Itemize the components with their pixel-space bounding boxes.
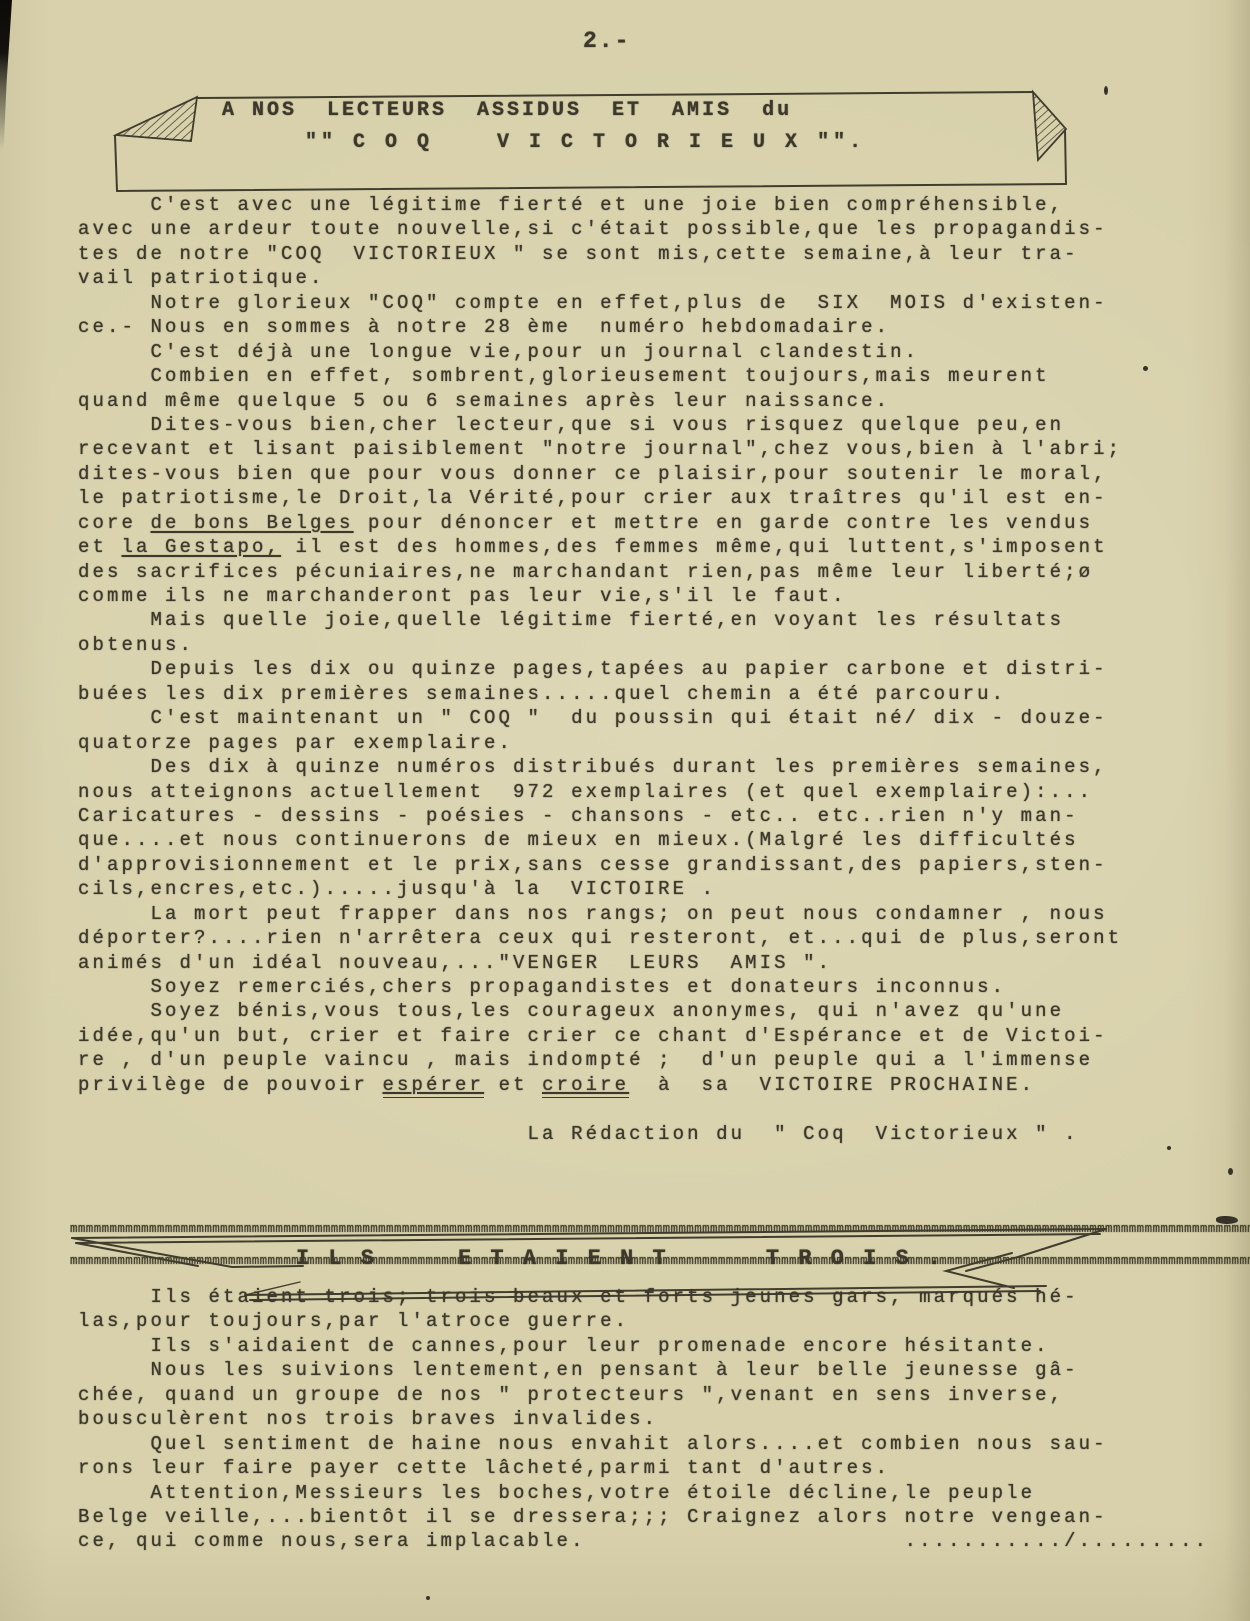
text-line: d'approvisionnement et le prix,sans cess… [78, 854, 1122, 878]
text-line: Ils s'aidaient de cannes,pour leur prome… [78, 1335, 1209, 1359]
text-line: La mort peut frapper dans nos rangs; on … [78, 903, 1122, 927]
text-line: quatorze pages par exemplaire. [78, 732, 1122, 756]
text-line: buées les dix premières semaines.....que… [78, 683, 1122, 707]
text-line: C'est déjà une longue vie,pour un journa… [78, 341, 1122, 365]
text-line: La Rédaction du " Coq Victorieux " . [78, 1123, 1122, 1147]
scan-edge-artifact [0, 0, 12, 150]
text-line: rons leur faire payer cette lâcheté,parm… [78, 1457, 1209, 1481]
text-line: et la Gestapo, il est des hommes,des fem… [78, 536, 1122, 560]
text-line: Des dix à quinze numéros distribués dura… [78, 756, 1122, 780]
text-line: des sacrifices pécuniaires,ne marchandan… [78, 561, 1122, 585]
text-line: core de bons Belges pour dénoncer et met… [78, 512, 1122, 536]
text-line: Soyez remerciés,chers propagandistes et … [78, 976, 1122, 1000]
text-line: cils,encres,etc.).....jusqu'à la VICTOIR… [78, 878, 1122, 902]
ink-speck [1104, 86, 1108, 95]
underlined-text: de bons Belges [151, 512, 354, 534]
underlined-text: la Gestapo, [122, 536, 282, 558]
text-segment: il est des hommes,des femmes même,qui lu… [281, 536, 1108, 558]
text-line: vail patriotique. [78, 267, 1122, 291]
text-line: Mais quelle joie,quelle légitime fierté,… [78, 609, 1122, 633]
text-line: Quel sentiment de haine nous envahit alo… [78, 1433, 1209, 1457]
scanned-document-page: 2.- A NOS LECTEURS ASSIDUS ET AMIS [0, 0, 1250, 1621]
text-segment: à sa VICTOIRE PROCHAINE. [629, 1074, 1035, 1096]
ink-speck [426, 1596, 430, 1600]
text-line: quand même quelque 5 ou 6 semaines après… [78, 390, 1122, 414]
text-line: Nous les suivions lentement,en pensant à… [78, 1359, 1209, 1383]
text-line: tes de notre "COQ VICTORIEUX " se sont m… [78, 243, 1122, 267]
text-line: las,pour toujours,par l'atroce guerre. [78, 1310, 1209, 1334]
text-line: chée, quand un groupe de nos " protecteu… [78, 1384, 1209, 1408]
text-line: que....et nous continuerons de mieux en … [78, 829, 1122, 853]
text-segment: core [78, 512, 151, 534]
text-line [78, 1098, 1122, 1122]
text-line: animés d'un idéal nouveau,..."VENGER LEU… [78, 952, 1122, 976]
section-title: I L S E T A I E N T T R O I S . [296, 1246, 944, 1271]
page-number: 2.- [583, 28, 630, 54]
text-line: avec une ardeur toute nouvelle,si c'étai… [78, 218, 1122, 242]
text-line: Attention,Messieurs les boches,votre éto… [78, 1482, 1209, 1506]
ink-blob [1216, 1216, 1238, 1224]
text-line: bousculèrent nos trois braves invalides. [78, 1408, 1209, 1432]
text-line: comme ils ne marchanderont pas leur vie,… [78, 585, 1122, 609]
underlined-text: croire [542, 1074, 629, 1098]
text-segment: et [484, 1074, 542, 1096]
ink-speck [1167, 1146, 1171, 1150]
text-segment: privilège de pouvoir [78, 1074, 383, 1096]
text-line: Dites-vous bien,cher lecteur,que si vous… [78, 414, 1122, 438]
text-line: Belge veille,...bientôt il se dressera;;… [78, 1506, 1209, 1530]
banner-title-line2: "" C O Q V I C T O R I E U X "". [305, 131, 865, 154]
text-line: Depuis les dix ou quinze pages,tapées au… [78, 658, 1122, 682]
underlined-text: espérer [383, 1074, 485, 1098]
text-line: nous atteignons actuellement 972 exempla… [78, 781, 1122, 805]
text-line: ce.- Nous en sommes à notre 28 ème numér… [78, 316, 1122, 340]
text-line: recevant et lisant paisiblement "notre j… [78, 438, 1122, 462]
article-ils-etaient-trois-body: Ils étaient trois; trois beaux et forts … [78, 1286, 1209, 1555]
text-line: re , d'un peuple vaincu , mais indompté … [78, 1049, 1122, 1073]
article-lecteurs-body: C'est avec une légitime fierté et une jo… [78, 194, 1122, 1147]
header-banner: A NOS LECTEURS ASSIDUS ET AMIS du "" C O… [100, 83, 1100, 198]
text-line: obtenus. [78, 634, 1122, 658]
text-line: Combien en effet, sombrent,glorieusement… [78, 365, 1122, 389]
text-line: C'est maintenant un " COQ " du poussin q… [78, 707, 1122, 731]
banner-title-line1: A NOS LECTEURS ASSIDUS ET AMIS du [222, 99, 792, 122]
text-line: dites-vous bien que pour vous donner ce … [78, 463, 1122, 487]
text-line: Notre glorieux "COQ" compte en effet,plu… [78, 292, 1122, 316]
text-line: Soyez bénis,vous tous,les courageux anon… [78, 1000, 1122, 1024]
text-line: privilège de pouvoir espérer et croire à… [78, 1074, 1122, 1098]
text-segment: pour dénoncer et mettre en garde contre … [354, 512, 1094, 534]
text-line: déporter?....rien n'arrêtera ceux qui re… [78, 927, 1122, 951]
text-line: C'est avec une légitime fierté et une jo… [78, 194, 1122, 218]
text-line: le patriotisme,le Droit,la Vérité,pour c… [78, 487, 1122, 511]
text-line: Ils étaient trois; trois beaux et forts … [78, 1286, 1209, 1310]
text-line: idée,qu'un but, crier et faire crier ce … [78, 1025, 1122, 1049]
text-segment: et [78, 536, 122, 558]
ink-speck [1143, 366, 1148, 371]
text-line: Caricatures - dessins - poésies - chanso… [78, 805, 1122, 829]
ink-speck [1228, 1168, 1233, 1175]
text-line: ce, qui comme nous,sera implacable. ....… [78, 1530, 1209, 1554]
